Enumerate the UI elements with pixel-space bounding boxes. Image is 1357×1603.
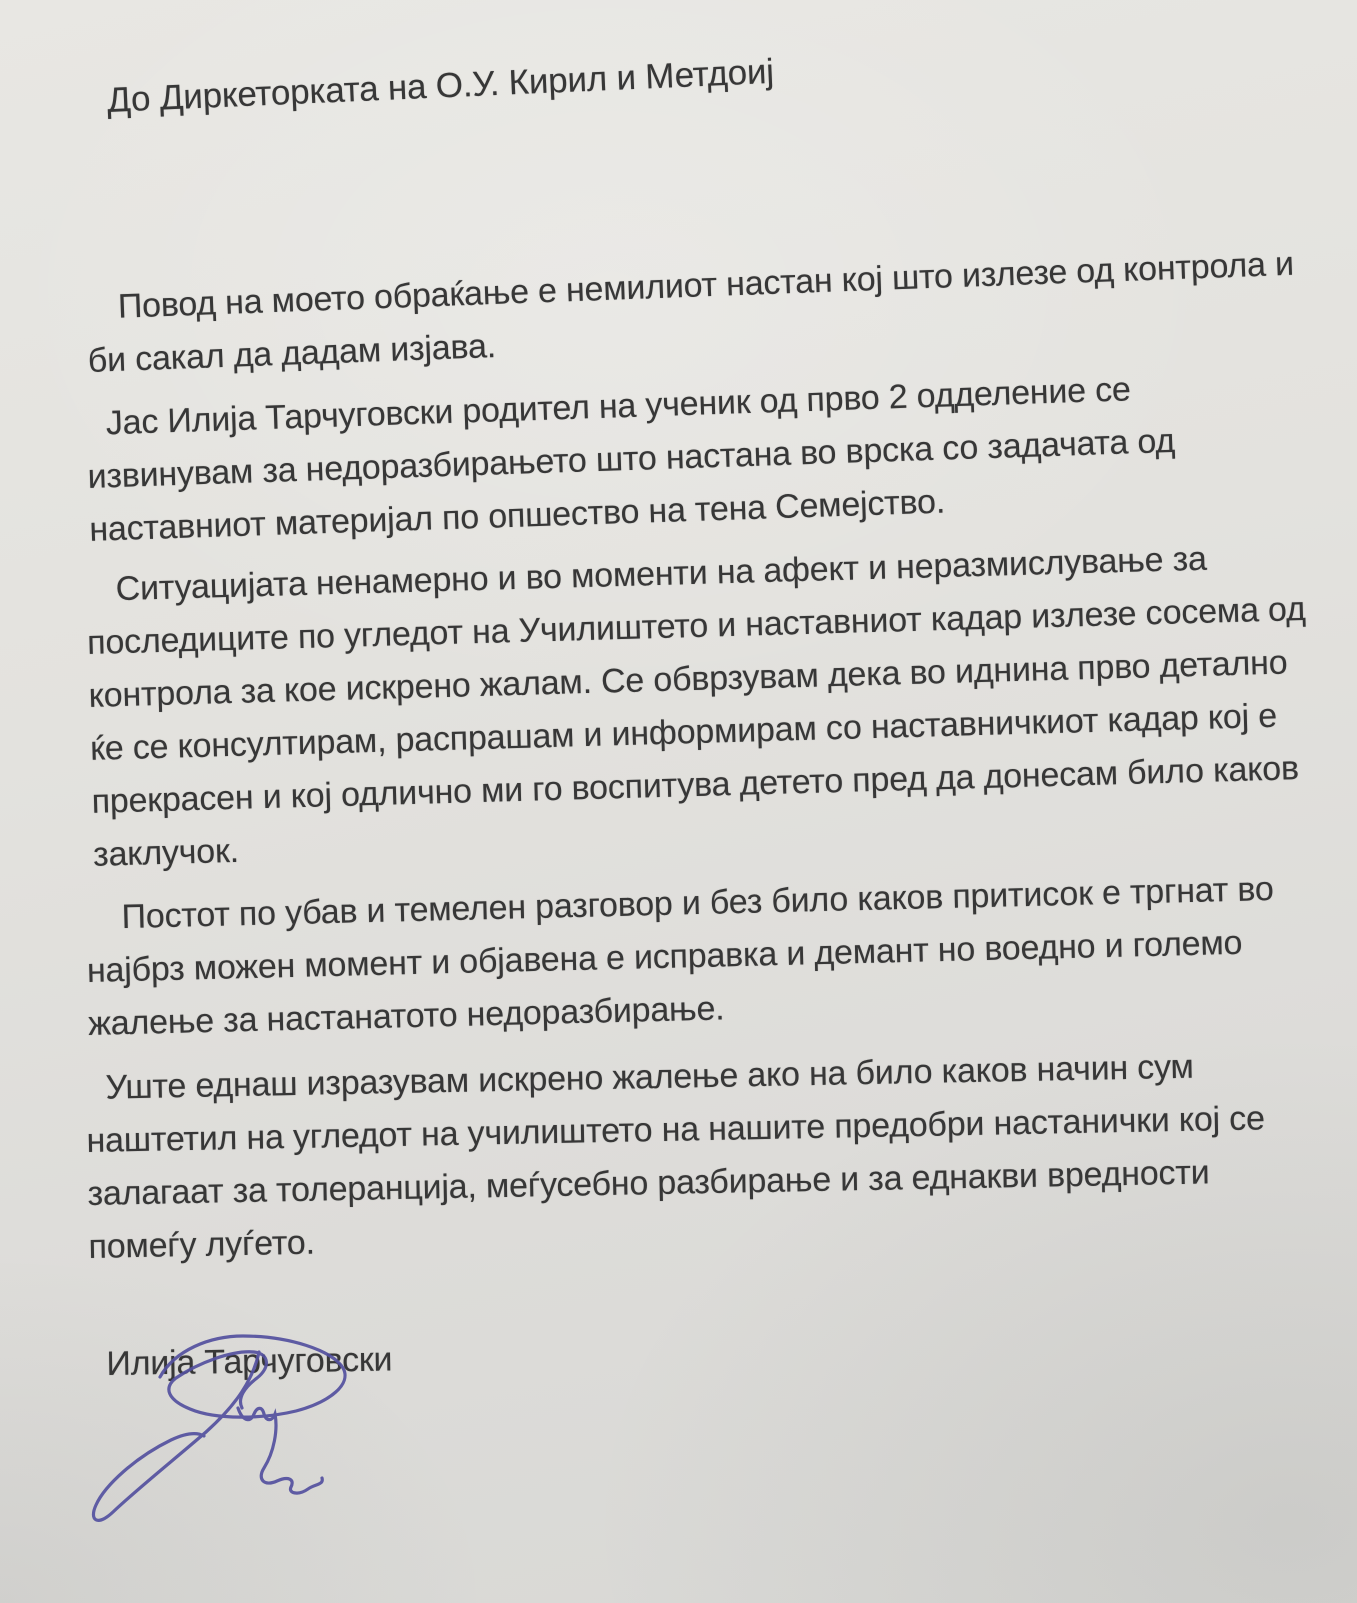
signature-name: Илија Тарчуговски xyxy=(106,1334,393,1391)
paragraph-apology-intro: Јас Илија Тарчуговски родител на ученик … xyxy=(85,362,1178,557)
paragraph-situation: Ситуацијата ненамерно и во моменти на аф… xyxy=(85,530,1312,882)
paragraph-retraction: Постот по убав и темелен разговор и без … xyxy=(85,863,1277,1051)
recipient-line: До Диркеторката на О.У. Кирил и Метдоиј xyxy=(106,45,775,127)
letter-page: До Диркеторката на О.У. Кирил и Метдоиј … xyxy=(0,0,1357,1603)
paragraph-closing-regret: Уште еднаш изразувам искрено жалење ако … xyxy=(85,1039,1267,1274)
